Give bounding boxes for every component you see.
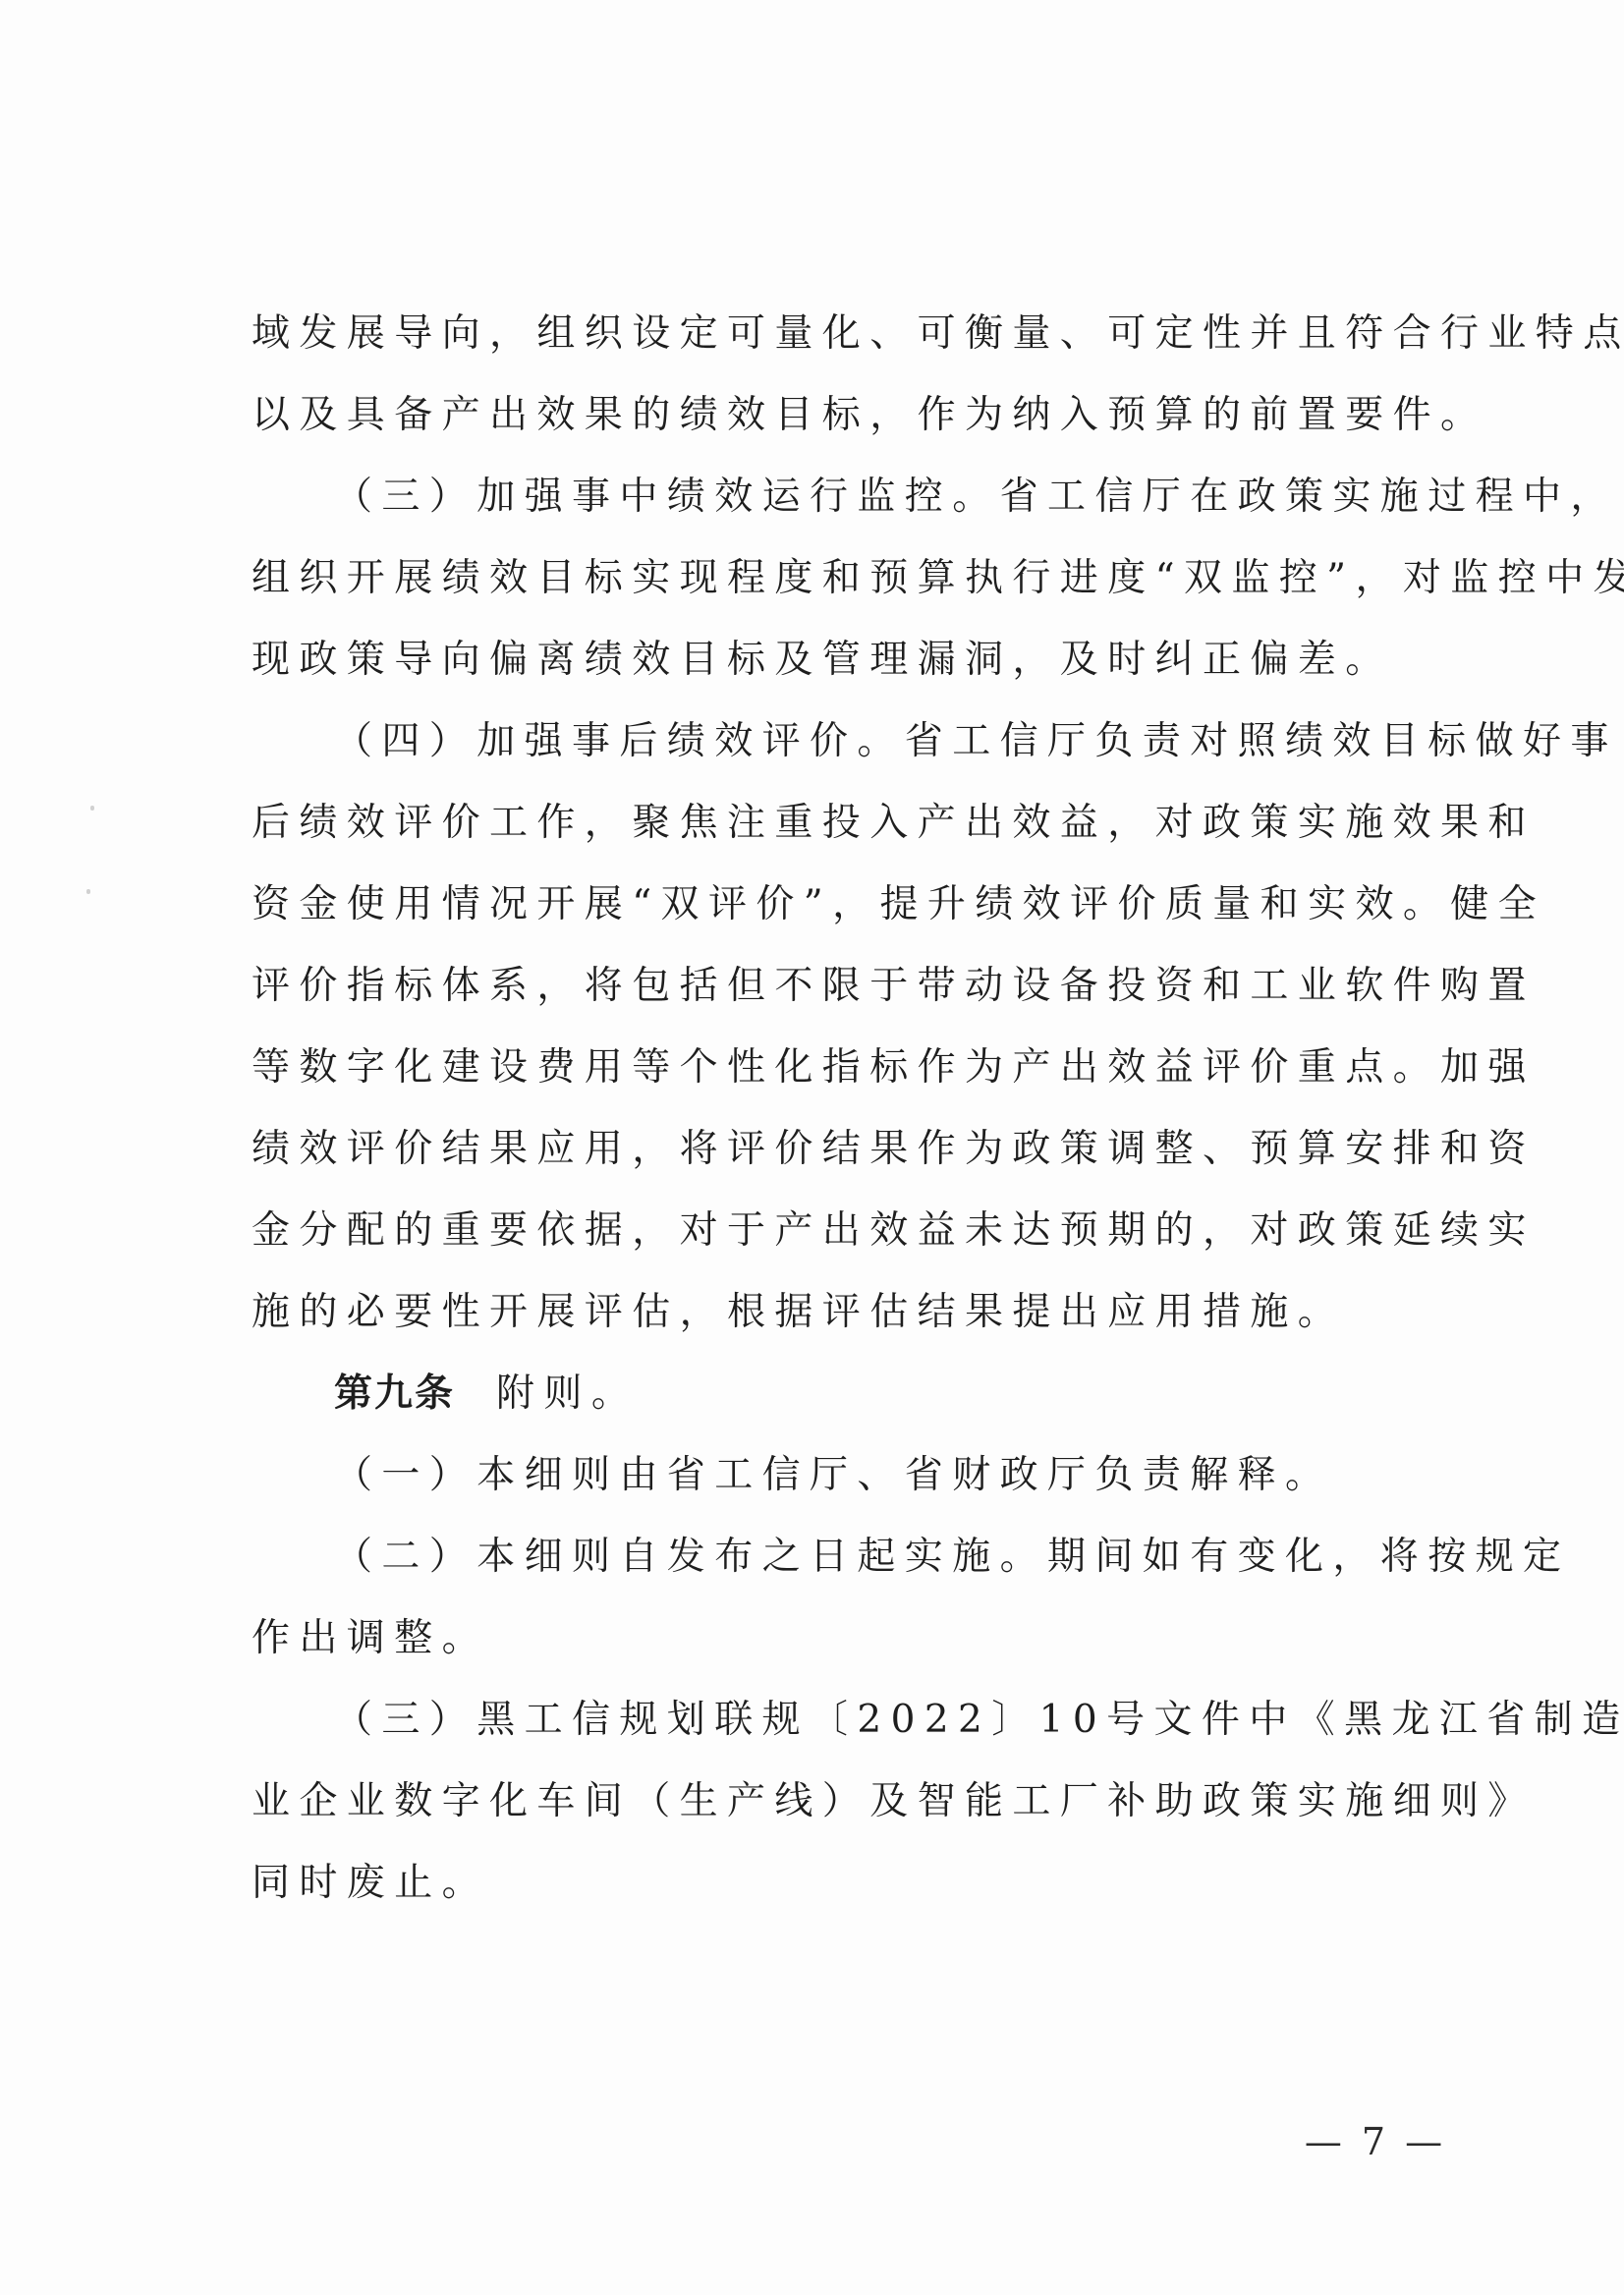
appendix-item-three: （三）黑工信规划联规〔2022〕10号文件中《黑龙江省制造: [252, 1679, 1460, 1761]
text-line: 等数字化建设费用等个性化指标作为产出效益评价重点。加强: [252, 1027, 1460, 1108]
article-nine-heading: 第九条附则。: [252, 1353, 1460, 1434]
scan-speck: [86, 889, 90, 894]
text-line: 域发展导向，组织设定可量化、可衡量、可定性并且符合行业特点: [252, 293, 1460, 374]
document-body: 域发展导向，组织设定可量化、可衡量、可定性并且符合行业特点 以及具备产出效果的绩…: [252, 293, 1460, 1924]
text-line: 组织开展绩效目标实现程度和预算执行进度“双监控”，对监控中发: [252, 537, 1460, 619]
page-number: — 7 —: [1267, 2112, 1484, 2171]
appendix-item-two: （二）本细则自发布之日起实施。期间如有变化，将按规定: [252, 1516, 1460, 1597]
text-line: 金分配的重要依据，对于产出效益未达预期的，对政策延续实: [252, 1190, 1460, 1271]
text-line: 作出调整。: [252, 1597, 1460, 1679]
text-line: 同时废止。: [252, 1842, 1460, 1924]
text-line: 业企业数字化车间（生产线）及智能工厂补助政策实施细则》: [252, 1761, 1460, 1842]
text-line: 评价指标体系，将包括但不限于带动设备投资和工业软件购置: [252, 945, 1460, 1027]
article-number: 第九条: [334, 1371, 455, 1416]
article-title: 附则。: [496, 1371, 639, 1416]
text-line: 以及具备产出效果的绩效目标，作为纳入预算的前置要件。: [252, 374, 1460, 456]
appendix-item-one: （一）本细则由省工信厅、省财政厅负责解释。: [252, 1434, 1460, 1516]
text-line: 施的必要性开展评估，根据评估结果提出应用措施。: [252, 1271, 1460, 1353]
text-line: 现政策导向偏离绩效目标及管理漏洞，及时纠正偏差。: [252, 619, 1460, 700]
section-three-heading-line: （三）加强事中绩效运行监控。省工信厅在政策实施过程中，: [252, 456, 1460, 537]
text-line: 绩效评价结果应用，将评价结果作为政策调整、预算安排和资: [252, 1108, 1460, 1190]
document-page: 域发展导向，组织设定可量化、可衡量、可定性并且符合行业特点 以及具备产出效果的绩…: [0, 0, 1624, 2295]
section-four-heading-line: （四）加强事后绩效评价。省工信厅负责对照绩效目标做好事: [252, 700, 1460, 782]
text-line: 资金使用情况开展“双评价”，提升绩效评价质量和实效。健全: [252, 864, 1460, 945]
scan-speck: [90, 806, 94, 811]
text-line: 后绩效评价工作，聚焦注重投入产出效益，对政策实施效果和: [252, 782, 1460, 864]
